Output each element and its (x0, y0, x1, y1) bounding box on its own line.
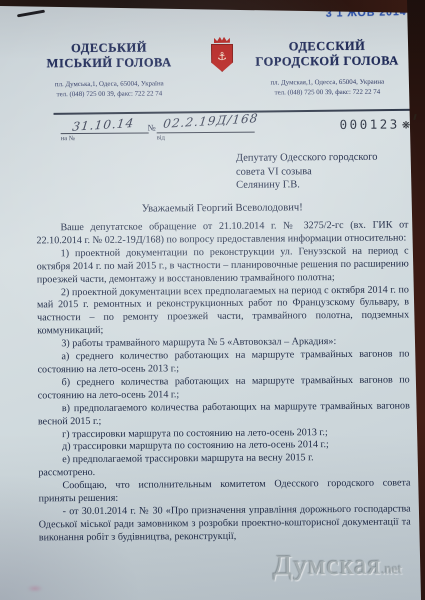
registration-number-stamp: 000123❋ (340, 116, 411, 132)
odessa-coat-of-arms: ⚓ (209, 37, 235, 72)
watermark-suffix: .net (381, 563, 402, 578)
letter-page: 3 1 ЖОВ 2014 ОДЕСЬКИЙ МІСЬКИЙ ГОЛОВА пл.… (0, 0, 425, 600)
body-paragraph: б) среднего количества работающих на мар… (38, 374, 410, 403)
body-paragraph: Ваше депутатское обращение от 21.10.2014… (36, 219, 408, 248)
stamp-mark-icon: ❋ (402, 120, 410, 131)
letterhead-russian: ОДЕССКИЙ ГОРОДСКОЙ ГОЛОВА пл. Думская,1,… (238, 38, 416, 97)
letter-body: Ваше депутатское обращение от 21.10.2014… (36, 219, 411, 545)
incoming-number-label: на № (61, 135, 75, 142)
photographed-letter: 3 1 ЖОВ 2014 ОДЕСЬКИЙ МІСЬКИЙ ГОЛОВА пл.… (0, 0, 425, 600)
body-paragraph: 2) проектной документации всех предполаг… (37, 284, 409, 339)
dumskaya-watermark: Думская.net (273, 550, 402, 583)
letterhead-address-ru: пл. Думская,1, Одесса, 65004, Украина те… (238, 77, 416, 97)
crest-crown-icon (214, 37, 230, 43)
letterhead-title-uk: ОДЕСЬКИЙ МІСЬКИЙ ГОЛОВА (18, 40, 200, 71)
body-paragraph: в) предполагаемого количества работающих… (38, 400, 410, 429)
body-paragraph: Сообщаю, что исполнительным комитетом Од… (38, 478, 410, 507)
number-underline (157, 132, 255, 134)
date-underline (61, 132, 149, 134)
handwritten-number: 02.2.19Д/168 (162, 111, 259, 131)
recipient-line: Селянину Г.В. (236, 178, 378, 193)
handwritten-date: 31.10.14 (72, 116, 136, 134)
letterhead-address-uk: пл. Думська,1, Одеса, 65004, Україна тел… (18, 79, 200, 99)
watermark-main: Думская (273, 550, 382, 582)
letterhead-title-ru: ОДЕССКИЙ ГОРОДСКОЙ ГОЛОВА (238, 38, 416, 69)
body-paragraph: 1) проектной документации по реконструкц… (37, 245, 409, 287)
pink-smudge (27, 585, 43, 592)
salutation: Уважаемый Георгий Всеволодович! (37, 201, 407, 215)
number-sign: № (148, 122, 156, 132)
crest-shield-icon: ⚓ (211, 44, 233, 72)
recipient-block: Депутату Одесского городского совета VI … (236, 151, 378, 193)
letterhead-ukrainian: ОДЕСЬКИЙ МІСЬКИЙ ГОЛОВА пл. Думська,1, О… (18, 40, 200, 99)
body-paragraph: - от 30.01.2014 г. № 30 «Про призначення… (39, 503, 411, 545)
body-paragraph: а) среднего количество работающих на мар… (37, 349, 409, 378)
anchor-icon: ⚓ (217, 51, 227, 62)
from-label: від (157, 134, 165, 141)
recipient-line: совета VI созыва (236, 164, 378, 179)
recipient-line: Депутату Одесского городского (236, 151, 378, 166)
